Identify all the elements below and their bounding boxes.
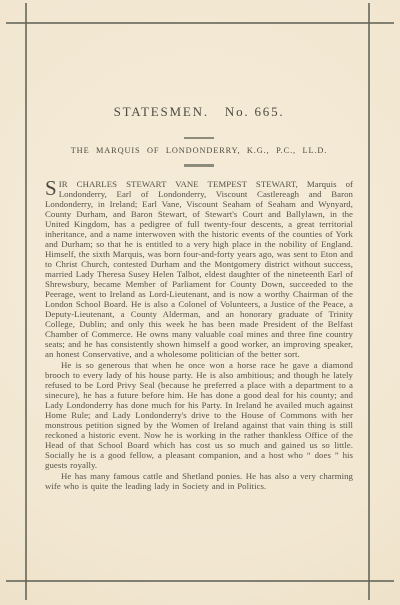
masthead: STATESMEN.No. 665. [45,104,353,120]
series-title: STATESMEN. [114,104,209,119]
frame-line-left [25,3,27,600]
page-content: STATESMEN.No. 665. THE MARQUIS OF LONDON… [45,104,353,492]
drop-cap-initial: S [45,179,59,196]
paragraph-1-text: IR CHARLES STEWART VANE TEMPEST STEWART,… [45,179,353,359]
paragraph-2: He is so generous that when he once won … [45,360,353,470]
article-body: SIR CHARLES STEWART VANE TEMPEST STEWART… [45,179,353,491]
frame-line-bottom [6,580,394,582]
divider-rule-bottom [184,164,214,166]
paragraph-1: SIR CHARLES STEWART VANE TEMPEST STEWART… [45,179,353,359]
divider-rule-top [184,137,214,139]
frame-line-right [368,3,370,600]
article-title: THE MARQUIS OF LONDONDERRY, K.G., P.C., … [45,145,353,156]
issue-number: No. 665. [225,104,285,119]
document-page: STATESMEN.No. 665. THE MARQUIS OF LONDON… [0,0,400,605]
frame-line-top [6,22,394,24]
paragraph-3: He has many famous cattle and Shetland p… [45,471,353,491]
